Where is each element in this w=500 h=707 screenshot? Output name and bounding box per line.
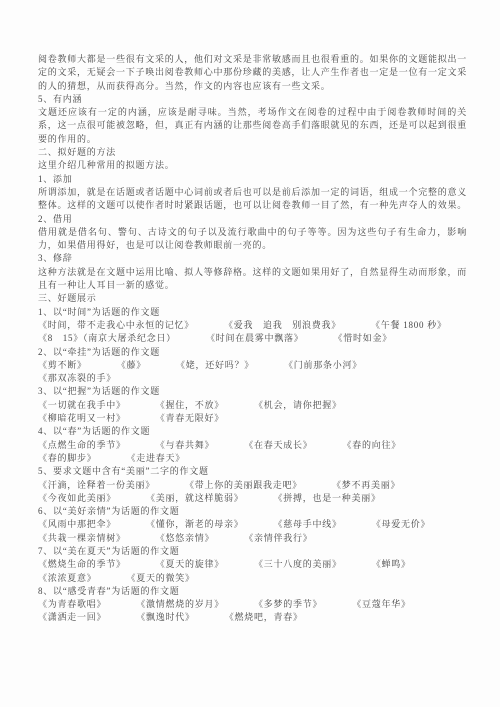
- body-paragraph: 阅卷教师大都是一些很有文采的人，他们对文采是非常敏感而且也很看重的。如果你的文题…: [38, 53, 467, 93]
- section-heading: 3、以“把握”为话题的作文题: [38, 385, 467, 398]
- section-heading: 2、以“牵挂”为话题的作文题: [38, 346, 467, 359]
- essay-title: 《时间，带不走我心中永恒的记忆》: [38, 319, 194, 332]
- essay-title: 《午餐 1800 秒》: [371, 319, 447, 332]
- essay-title: 《飘逸时代》: [136, 611, 195, 624]
- body-paragraph: 这种方法就是在文题中运用比喻、拟人等修辞格。这样的文题如果用好了，自然显得生动而…: [38, 266, 467, 293]
- essay-title: 《惜时如金》: [334, 332, 393, 345]
- section-heading: 8、以“感受青春”为话题的作文题: [38, 585, 467, 598]
- essay-title: 《8 15》（南京大屠杀纪念日）: [38, 332, 176, 345]
- section-heading: 5、有内涵: [38, 93, 467, 106]
- section-heading: 4、以“春”为话题的作文题: [38, 425, 467, 438]
- essay-title: 《青春无限好》: [156, 412, 224, 425]
- essay-title: 《浓浓夏意》: [38, 572, 97, 585]
- essay-title: 《豆蔻年华》: [352, 598, 411, 611]
- essay-title: 《藤》: [117, 359, 146, 372]
- essay-title: 《那双冻裂的手》: [38, 372, 116, 385]
- essay-title: 《梦不再美丽》: [332, 479, 400, 492]
- essay-title: 《一切就在我手中》: [38, 399, 126, 412]
- body-paragraph: 所谓添加，就是在话题或者话题中心词前或者后也可以是前后添加一定的词语，组成一个完…: [38, 186, 467, 213]
- essay-title: 《多梦的季节》: [254, 598, 322, 611]
- section-heading: 6、以“美好亲情”为话题的作文题: [38, 505, 467, 518]
- essay-title: 《蝉鸣》: [372, 558, 411, 571]
- essay-title: 《拼搏，也是一种美丽》: [274, 492, 381, 505]
- body-paragraph: 文题还应该有一定的内涵，应该是耐寻味。当然，考场作文在阅卷的过程中由于阅卷教师时…: [38, 106, 467, 146]
- essay-titles-line: 《风雨中那把伞》《懂你，渐老的母亲》《慈母手中线》《母爱无价》: [38, 518, 467, 531]
- essay-titles-line: 《剪不断》《藤》《姥，还好吗？》《门前那条小河》《那双冻裂的手》: [38, 359, 467, 386]
- body-paragraph: 这里介绍几种常用的拟题方法。: [38, 159, 467, 172]
- essay-title: 《风雨中那把伞》: [38, 518, 116, 531]
- essay-title: 《时间在晨雾中飘落》: [206, 332, 304, 345]
- section-heading: 三、好题展示: [38, 292, 467, 305]
- essay-title: 《走进春天》: [127, 452, 186, 465]
- essay-title: 《懂你，渐老的母亲》: [146, 518, 244, 531]
- essay-titles-line: 《今夜如此美丽》《美丽，就这样脆弱》《拼搏，也是一种美丽》: [38, 492, 467, 505]
- section-heading: 1、添加: [38, 173, 467, 186]
- essay-title: 《爱我 追我 别浪费我》: [224, 319, 341, 332]
- section-heading: 7、以“美在夏天”为话题的作文题: [38, 545, 467, 558]
- essay-titles-line: 《时间，带不走我心中永恒的记忆》《爱我 追我 别浪费我》《午餐 1800 秒》: [38, 319, 467, 332]
- essay-title: 《与春共舞》: [156, 439, 215, 452]
- essay-titles-line: 《潇洒走一回》《飘逸时代》《燃烧吧，青春》: [38, 611, 467, 624]
- essay-title: 《在春天成长》: [244, 439, 312, 452]
- section-heading: 1、以“时间”为话题的作文题: [38, 306, 467, 319]
- section-heading: 2、借用: [38, 213, 467, 226]
- essay-title: 《悠悠亲情》: [156, 532, 215, 545]
- essay-title: 《慈母手中线》: [274, 518, 342, 531]
- essay-title: 《机会，请你把握》: [254, 399, 342, 412]
- essay-title: 《燃烧吧，青春》: [225, 611, 303, 624]
- essay-titles-line: 《燃烧生命的季节》《夏天的旋律》《三十八度的美丽》《蝉鸣》: [38, 558, 467, 571]
- essay-title: 《柳暗花明又一村》: [38, 412, 126, 425]
- document-body: 阅卷教师大都是一些很有文采的人，他们对文采是非常敏感而且也很看重的。如果你的文题…: [38, 53, 467, 625]
- essay-title: 《美丽，就这样脆弱》: [146, 492, 244, 505]
- essay-title: 《激情燃烧的岁月》: [136, 598, 224, 611]
- essay-title: 《三十八度的美丽》: [254, 558, 342, 571]
- essay-titles-line: 《柳暗花明又一村》《青春无限好》: [38, 412, 467, 425]
- essay-title: 《握住，不放》: [156, 399, 224, 412]
- essay-titles-line: 《共栽一棵亲情树》《悠悠亲情》《亲情伴我行》: [38, 532, 467, 545]
- essay-titles-line: 《8 15》（南京大屠杀纪念日）《时间在晨雾中飘落》《惜时如金》: [38, 332, 467, 345]
- section-heading: 5、要求文题中含有“美丽”二字的作文题: [38, 465, 467, 478]
- essay-title: 《姥，还好吗？》: [176, 359, 254, 372]
- essay-title: 《春的向往》: [343, 439, 402, 452]
- body-paragraph: 借用就是借名句、警句、古诗文的句子以及流行歌曲中的句子等等。因为这些句子有生命力…: [38, 226, 467, 253]
- essay-title: 《夏天的微笑》: [127, 572, 195, 585]
- essay-title: 《为青春歌唱》: [38, 598, 106, 611]
- essay-titles-line: 《春的脚步》《走进春天》: [38, 452, 467, 465]
- essay-titles-line: 《点燃生命的季节》《与春共舞》《在春天成长》《春的向往》: [38, 439, 467, 452]
- essay-title: 《夏天的旋律》: [156, 558, 224, 571]
- essay-title: 《燃烧生命的季节》: [38, 558, 126, 571]
- essay-title: 《今夜如此美丽》: [38, 492, 116, 505]
- essay-title: 《共栽一棵亲情树》: [38, 532, 126, 545]
- section-heading: 二、拟好题的方法: [38, 146, 467, 159]
- essay-titles-line: 《一切就在我手中》《握住，不放》《机会，请你把握》: [38, 399, 467, 412]
- document-page: 阅卷教师大都是一些很有文采的人，他们对文采是非常敏感而且也很看重的。如果你的文题…: [0, 0, 500, 707]
- essay-titles-line: 《汗滴，诠释着一份美丽》《带上你的美丽跟我走吧》《梦不再美丽》: [38, 479, 467, 492]
- section-heading: 3、修辞: [38, 252, 467, 265]
- essay-titles-line: 《为青春歌唱》《激情燃烧的岁月》《多梦的季节》《豆蔻年华》: [38, 598, 467, 611]
- essay-title: 《门前那条小河》: [284, 359, 362, 372]
- essay-title: 《母爱无价》: [372, 518, 431, 531]
- essay-title: 《汗滴，诠释着一份美丽》: [38, 479, 155, 492]
- essay-titles-line: 《浓浓夏意》《夏天的微笑》: [38, 572, 467, 585]
- essay-title: 《点燃生命的季节》: [38, 439, 126, 452]
- essay-title: 《剪不断》: [38, 359, 87, 372]
- essay-title: 《潇洒走一回》: [38, 611, 106, 624]
- essay-title: 《带上你的美丽跟我走吧》: [185, 479, 302, 492]
- essay-title: 《春的脚步》: [38, 452, 97, 465]
- essay-title: 《亲情伴我行》: [244, 532, 312, 545]
